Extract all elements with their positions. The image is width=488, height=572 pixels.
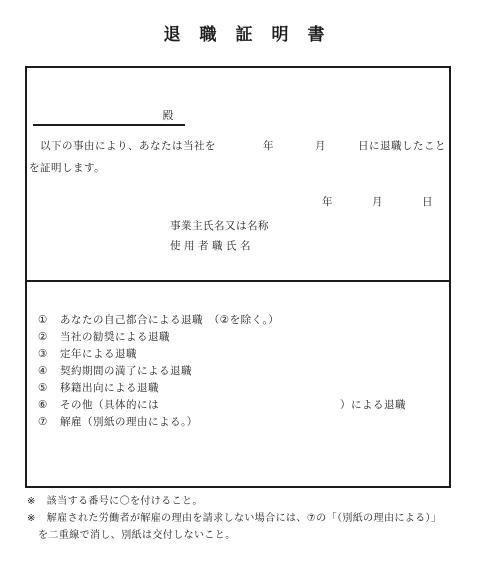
issue-year-label: 年 [322,196,333,209]
reason-label: 当社の勧奨による退職 [60,331,170,343]
retire-year-label: 年 [263,140,274,153]
reason-number: ⑥ [38,399,51,412]
issue-month-label: 月 [372,196,383,209]
section-divider [27,280,449,282]
reason-item-4: ④契約期間の満了による退職 [38,365,445,378]
signer-title-name-label: 使用者職氏名 [170,240,254,253]
footnote-2: ※ 解雇された労働者が解雇の理由を請求しない場合には、⑦の「（別紙の理由による）… [27,513,474,525]
issue-day-label: 日 [422,196,433,209]
reason-number: ② [38,331,51,344]
footnote-1: ※ 該当する番号に〇を付けること。 [27,496,474,508]
reason-number: ⑦ [38,416,51,429]
employer-name-label: 事業主氏名又は名称 [170,220,269,233]
addressee-honorific: 殿 [163,108,175,124]
addressee-blank-line: 殿 [33,108,185,126]
reference-mark-icon: ※ [27,496,36,508]
statement-close-text: を証明します。 [29,162,105,175]
reason-item-5: ⑤移籍出向による退職 [38,382,445,395]
retire-day-tail-text: 日に退職したこと [358,140,446,153]
document-title: 退職証明書 [0,20,488,45]
footnote-2-continuation: を二重線で消し、別紙は交付しないこと。 [38,530,474,542]
reason-label: 契約期間の満了による退職 [60,365,192,377]
reason-number: ③ [38,348,51,361]
reason-label: 定年による退職 [60,348,137,360]
statement-lead-text: 以下の事由により、あなたは当社を [40,140,216,153]
footnote-text: 解雇された労働者が解雇の理由を請求しない場合には、⑦の「（別紙の理由による）」 [47,513,442,525]
reason-number: ① [38,314,51,327]
document-page: 退職証明書 殿 以下の事由により、あなたは当社を 年 月 日に退職したこと を証… [0,0,488,572]
reason-number: ④ [38,365,51,378]
reason-item-7: ⑦解雇（別紙の理由による。） [38,416,445,429]
reason-item-2: ②当社の勧奨による退職 [38,331,445,344]
reason-label: 移籍出向による退職 [60,382,159,394]
reason-item-6: ⑥その他（具体的には）による退職 [38,399,445,412]
reason-label: その他（具体的には [60,399,159,411]
reason-label: あなたの自己都合による退職 （②を除く。） [60,314,279,326]
retire-month-label: 月 [315,140,326,153]
footnotes: ※ 該当する番号に〇を付けること。 ※ 解雇された労働者が解雇の理由を請求しない… [27,496,474,542]
reason-label: 解雇（別紙の理由による。） [60,416,198,428]
footnote-text: 該当する番号に〇を付けること。 [47,496,203,508]
reason-label-tail: ）による退職 [340,399,406,412]
certificate-form-box: 殿 以下の事由により、あなたは当社を 年 月 日に退職したこと を証明します。 … [25,66,451,488]
reference-mark-icon: ※ [27,513,36,525]
reason-item-3: ③定年による退職 [38,348,445,361]
reason-item-1: ①あなたの自己都合による退職 （②を除く。） [38,314,445,327]
reason-number: ⑤ [38,382,51,395]
